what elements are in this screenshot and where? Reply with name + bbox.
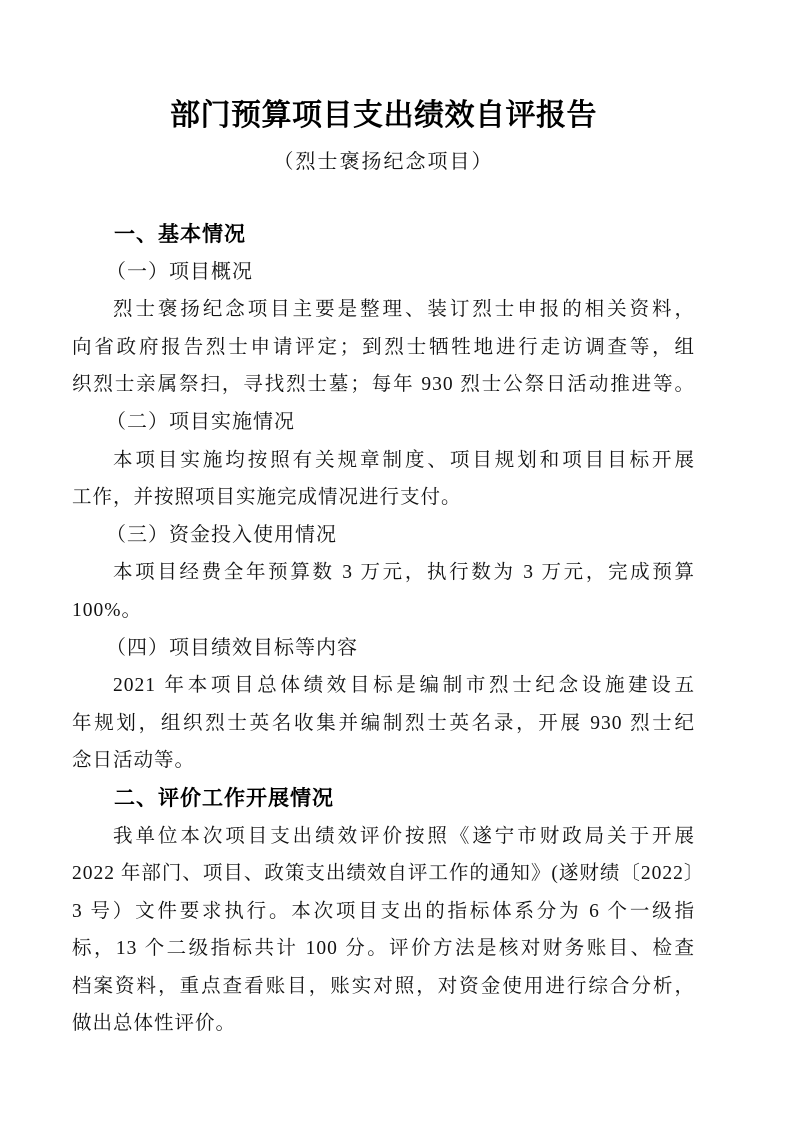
document-title: 部门预算项目支出绩效自评报告	[72, 101, 695, 131]
subsection-heading: （一）项目概况	[72, 254, 695, 292]
body-line: 念日活动等。	[72, 742, 695, 780]
body-line: 标，13 个二级指标共计 100 分。评价方法是核对财务账目、检查	[72, 930, 695, 968]
body-line: 我单位本次项目支出绩效评价按照《遂宁市财政局关于开展	[72, 818, 695, 856]
body-line: 织烈士亲属祭扫，寻找烈士墓；每年 930 烈士公祭日活动推进等。	[72, 366, 695, 404]
body-line: 本项目经费全年预算数 3 万元，执行数为 3 万元，完成预算	[72, 554, 695, 592]
body-line: 2021 年本项目总体绩效目标是编制市烈士纪念设施建设五	[72, 667, 695, 705]
document-page: 部门预算项目支出绩效自评报告 （烈士褒扬纪念项目） 一、基本情况 （一）项目概况…	[0, 0, 793, 1122]
body-line: 3 号）文件要求执行。本次项目支出的指标体系分为 6 个一级指	[72, 893, 695, 931]
section-heading: 二、评价工作开展情况	[72, 780, 695, 818]
subsection-heading: （二）项目实施情况	[72, 404, 695, 442]
body-line: 本项目实施均按照有关规章制度、项目规划和项目目标开展	[72, 442, 695, 480]
body-line: 工作，并按照项目实施完成情况进行支付。	[72, 479, 695, 517]
body-line: 做出总体性评价。	[72, 1005, 695, 1043]
subsection-heading: （四）项目绩效目标等内容	[72, 630, 695, 668]
document-subtitle: （烈士褒扬纪念项目）	[72, 152, 695, 172]
body-line: 年规划，组织烈士英名收集并编制烈士英名录，开展 930 烈士纪	[72, 705, 695, 743]
document-body: 一、基本情况 （一）项目概况 烈士褒扬纪念项目主要是整理、装订烈士申报的相关资料…	[72, 216, 695, 1043]
body-line: 100%。	[72, 592, 695, 630]
section-heading: 一、基本情况	[72, 216, 695, 254]
subsection-heading: （三）资金投入使用情况	[72, 517, 695, 555]
body-line: 向省政府报告烈士申请评定；到烈士牺牲地进行走访调查等，组	[72, 329, 695, 367]
body-line: 烈士褒扬纪念项目主要是整理、装订烈士申报的相关资料，	[72, 291, 695, 329]
body-line: 档案资料，重点查看账目，账实对照，对资金使用进行综合分析，	[72, 968, 695, 1006]
body-line: 2022 年部门、项目、政策支出绩效自评工作的通知》(遂财绩〔2022〕	[72, 855, 695, 893]
